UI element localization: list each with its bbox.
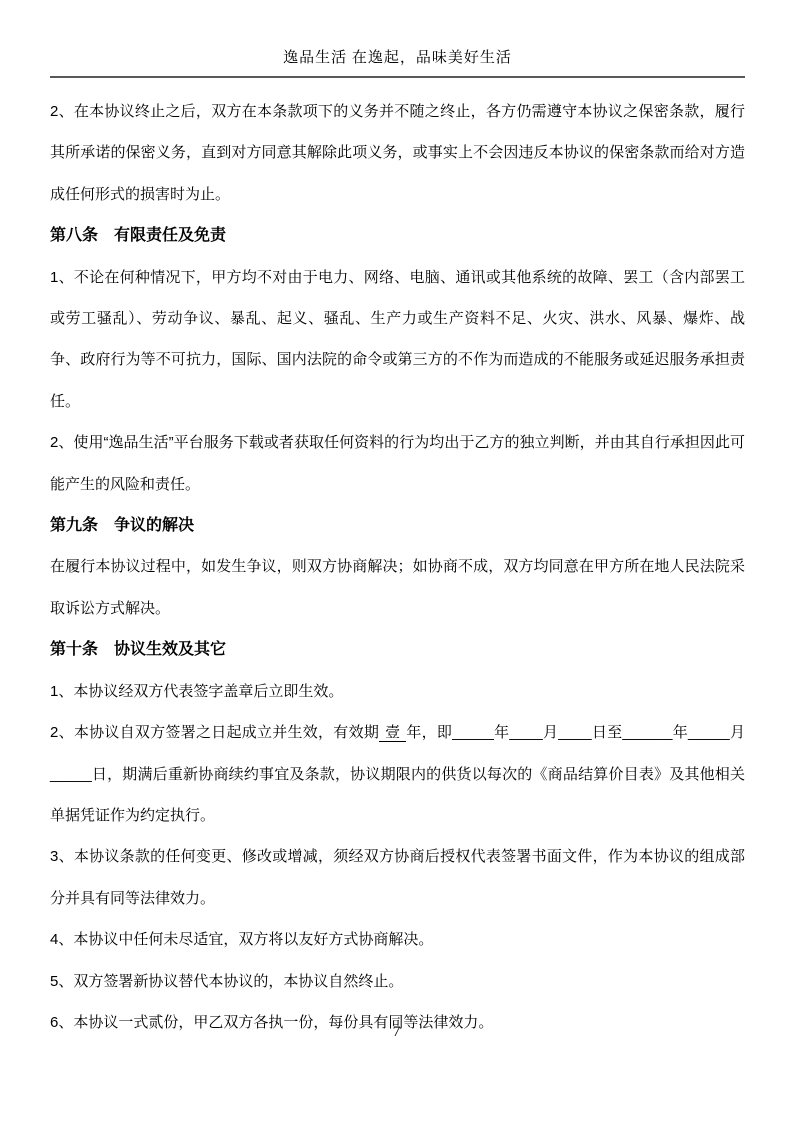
heading-article-8: 第八条 有限责任及免责 <box>50 215 745 256</box>
paragraph-article9-body: 在履行本协议过程中，如发生争议，则双方协商解决；如协商不成，双方均同意在甲方所在… <box>50 546 745 629</box>
page-number: 7 <box>393 1024 401 1040</box>
page-header: 逸品生活 在逸起，品味美好生活 <box>50 0 745 78</box>
item2-underlined-term: 壹 <box>379 724 406 742</box>
paragraph-article10-item4: 4、本协议中任何未尽适宜，双方将以友好方式协商解决。 <box>50 919 745 960</box>
paragraph-article8-item2: 2、使用“逸品生活”平台服务下载或者获取任何资料的行为均出于乙方的独立判断，并由… <box>50 422 745 505</box>
paragraph-article10-item2-effective-date: 2、本协议自双方签署之日起成立并生效，有效期壹年，即_____年____月___… <box>50 712 745 836</box>
page: 逸品生活 在逸起，品味美好生活 2、在本协议终止之后，双方在本条款项下的义务并不… <box>0 0 793 1122</box>
heading-article-10: 第十条 协议生效及其它 <box>50 629 745 670</box>
page-footer: 7 <box>0 1024 793 1041</box>
heading-article-9: 第九条 争议的解决 <box>50 505 745 546</box>
paragraph-confidentiality-continuation: 2、在本协议终止之后，双方在本条款项下的义务并不随之终止，各方仍需遵守本协议之保… <box>50 91 745 215</box>
paragraph-article10-item3: 3、本协议条款的任何变更、修改或增减，须经双方协商后授权代表签署书面文件，作为本… <box>50 836 745 919</box>
paragraph-article8-item1: 1、不论在何种情况下，甲方均不对由于电力、网络、电脑、通讯或其他系统的故障、罢工… <box>50 257 745 423</box>
header-slogan: 逸品生活 在逸起，品味美好生活 <box>50 50 745 67</box>
item2-text-before-term: 2、本协议自双方签署之日起成立并生效，有效期 <box>50 724 379 741</box>
document-body: 2、在本协议终止之后，双方在本条款项下的义务并不随之终止，各方仍需遵守本协议之保… <box>50 91 745 1043</box>
paragraph-article10-item1: 1、本协议经双方代表签字盖章后立即生效。 <box>50 671 745 712</box>
paragraph-article10-item5: 5、双方签署新协议替代本协议的，本协议自然终止。 <box>50 961 745 1002</box>
